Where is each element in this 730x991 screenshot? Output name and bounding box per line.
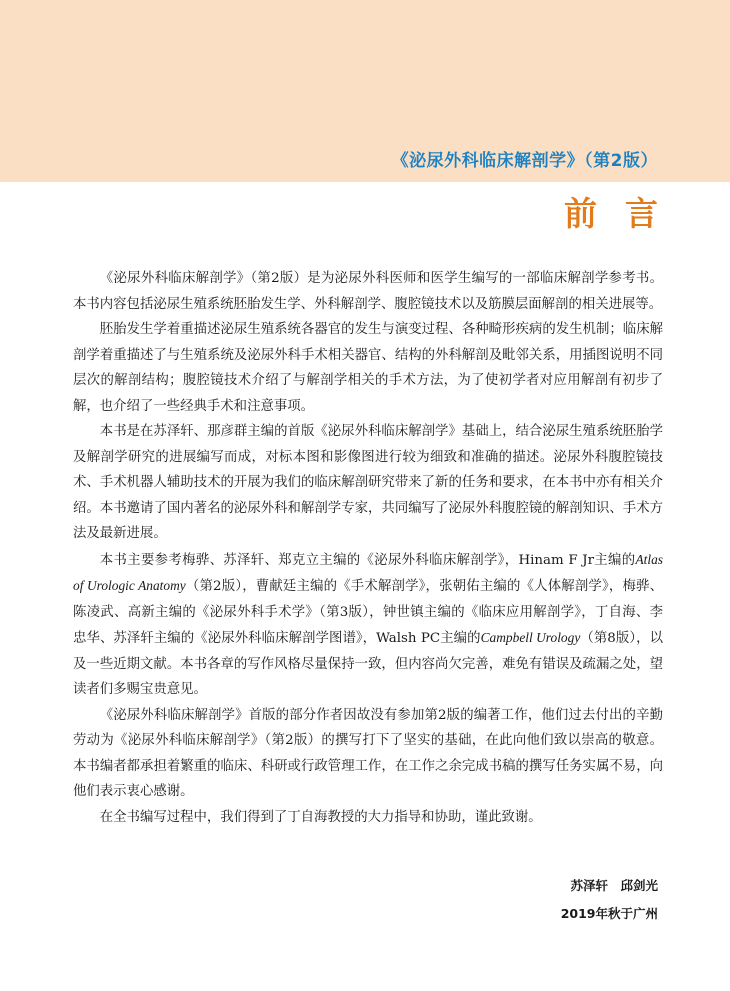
paragraph-references: 本书主要参考梅骅、苏泽轩、郑克立主编的《泌尿外科临床解剖学》，Hinam F J… (73, 547, 663, 703)
text-run: 本书主要参考梅骅、苏泽轩、郑克立主编的《泌尿外科临床解剖学》，Hinam F J… (100, 553, 636, 568)
book-title-italic: Campbell Urology (481, 630, 581, 645)
section-title: 前言 (564, 188, 686, 235)
paragraph: 胚胎发生学着重描述泌尿生殖系统各器官的发生与演变过程、各种畸形疾病的发生机制；临… (73, 317, 663, 419)
signature-authors: 苏泽轩 邱剑光 (561, 872, 658, 900)
paragraph: 《泌尿外科临床解剖学》（第2版）是为泌尿外科医师和医学生编写的一部临床解剖学参考… (73, 266, 663, 317)
paragraph: 本书是在苏泽轩、那彦群主编的首版《泌尿外科临床解剖学》基础上，结合泌尿生殖系统胚… (73, 419, 663, 547)
book-title: 《泌尿外科临床解剖学》（第2版） (392, 146, 658, 171)
paragraph: 在全书编写过程中，我们得到了丁自海教授的大力指导和协助，谨此致谢。 (73, 805, 663, 831)
signature: 苏泽轩 邱剑光 2019年秋于广州 (561, 872, 658, 928)
signature-date-place: 2019年秋于广州 (561, 900, 658, 928)
paragraph: 《泌尿外科临床解剖学》首版的部分作者因故没有参加第2版的编著工作，他们过去付出的… (73, 703, 663, 805)
preface-body: 《泌尿外科临床解剖学》（第2版）是为泌尿外科医师和医学生编写的一部临床解剖学参考… (73, 266, 663, 830)
